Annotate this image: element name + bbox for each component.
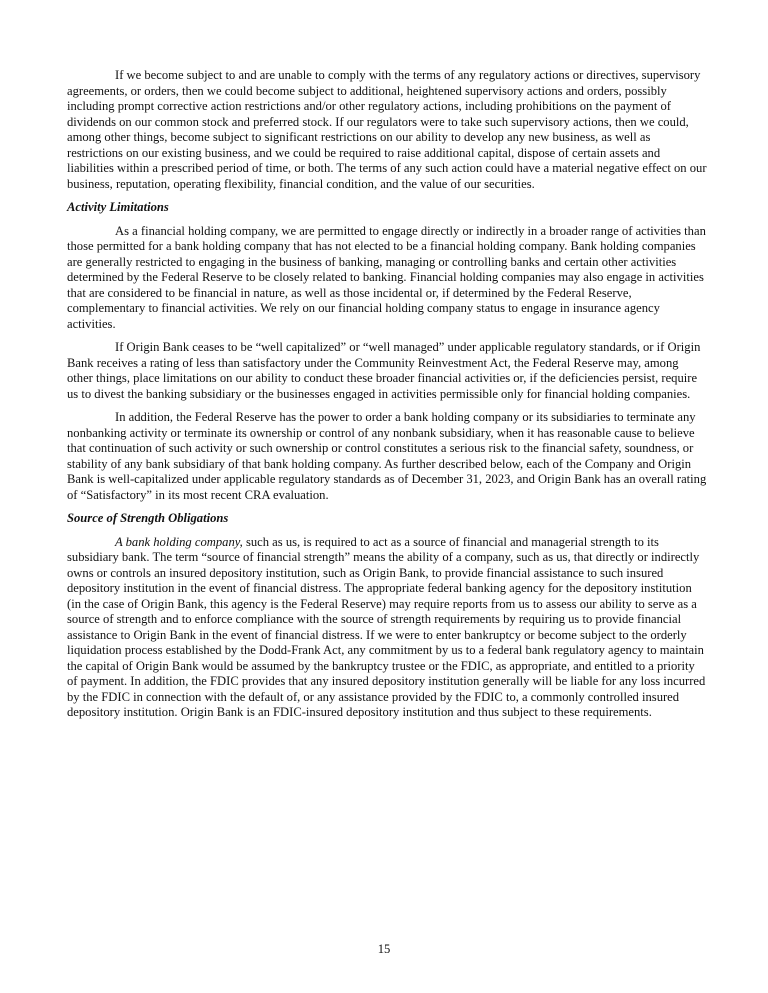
- paragraph-financial-holding-company: As a financial holding company, we are p…: [67, 224, 707, 333]
- paragraph-source-of-strength: A bank holding company, such as us, is r…: [67, 535, 707, 721]
- italic-lead-in: A bank holding company,: [115, 535, 243, 549]
- paragraph-regulatory-actions: If we become subject to and are unable t…: [67, 68, 707, 192]
- heading-source-of-strength: Source of Strength Obligations: [67, 511, 707, 527]
- paragraph-well-capitalized: If Origin Bank ceases to be “well capita…: [67, 340, 707, 402]
- paragraph-source-of-strength-body: such as us, is required to act as a sour…: [67, 535, 705, 720]
- heading-activity-limitations: Activity Limitations: [67, 200, 707, 216]
- page-number: 15: [0, 942, 768, 957]
- document-page: If we become subject to and are unable t…: [67, 68, 707, 729]
- paragraph-federal-reserve-power: In addition, the Federal Reserve has the…: [67, 410, 707, 503]
